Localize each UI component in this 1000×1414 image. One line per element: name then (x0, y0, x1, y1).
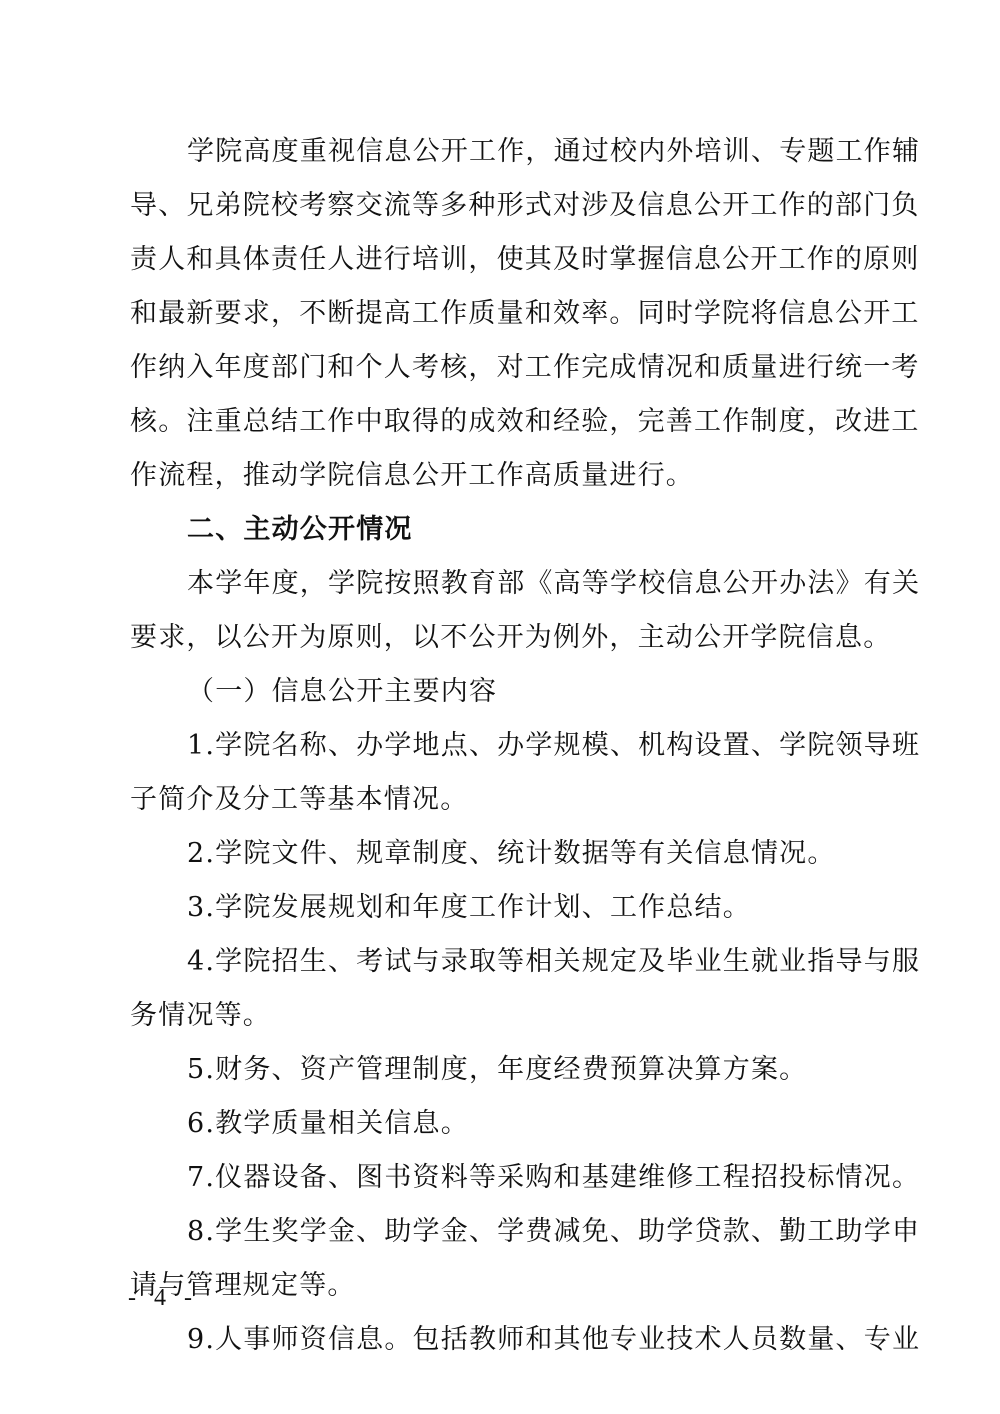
paragraph-line: 导、兄弟院校考察交流等多种形式对涉及信息公开工作的部门负 (130, 186, 870, 226)
paragraph-line: 2.学院文件、规章制度、统计数据等有关信息情况。 (187, 834, 870, 874)
paragraph-line: 9.人事师资信息。包括教师和其他专业技术人员数量、专业 (187, 1320, 870, 1360)
paragraph-line: 学院高度重视信息公开工作，通过校内外培训、专题工作辅 (187, 132, 870, 172)
paragraph-line: 务情况等。 (130, 996, 870, 1036)
page-number: - 4 - (128, 1282, 198, 1314)
section-heading: 二、主动公开情况 (187, 510, 870, 550)
paragraph-line: 作流程，推动学院信息公开工作高质量进行。 (130, 456, 870, 496)
paragraph-line: 责人和具体责任人进行培训，使其及时掌握信息公开工作的原则 (130, 240, 870, 280)
document-page: 学院高度重视信息公开工作，通过校内外培训、专题工作辅导、兄弟院校考察交流等多种形… (0, 0, 1000, 1414)
paragraph-line: 子简介及分工等基本情况。 (130, 780, 870, 820)
paragraph-line: 4.学院招生、考试与录取等相关规定及毕业生就业指导与服 (187, 942, 870, 982)
paragraph-line: 3.学院发展规划和年度工作计划、工作总结。 (187, 888, 870, 928)
paragraph-line: （一）信息公开主要内容 (187, 672, 870, 712)
paragraph-line: 5.财务、资产管理制度，年度经费预算决算方案。 (187, 1050, 870, 1090)
paragraph-line: 作纳入年度部门和个人考核，对工作完成情况和质量进行统一考 (130, 348, 870, 388)
paragraph-line: 请与管理规定等。 (130, 1266, 870, 1306)
paragraph-line: 核。注重总结工作中取得的成效和经验，完善工作制度，改进工 (130, 402, 870, 442)
paragraph-line: 本学年度，学院按照教育部《高等学校信息公开办法》有关 (187, 564, 870, 604)
paragraph-line: 1.学院名称、办学地点、办学规模、机构设置、学院领导班 (187, 726, 870, 766)
paragraph-line: 要求，以公开为原则，以不公开为例外，主动公开学院信息。 (130, 618, 870, 658)
paragraph-line: 6.教学质量相关信息。 (187, 1104, 870, 1144)
paragraph-line: 和最新要求，不断提高工作质量和效率。同时学院将信息公开工 (130, 294, 870, 334)
paragraph-line: 8.学生奖学金、助学金、学费减免、助学贷款、勤工助学申 (187, 1212, 870, 1252)
paragraph-line: 7.仪器设备、图书资料等采购和基建维修工程招投标情况。 (187, 1158, 870, 1198)
